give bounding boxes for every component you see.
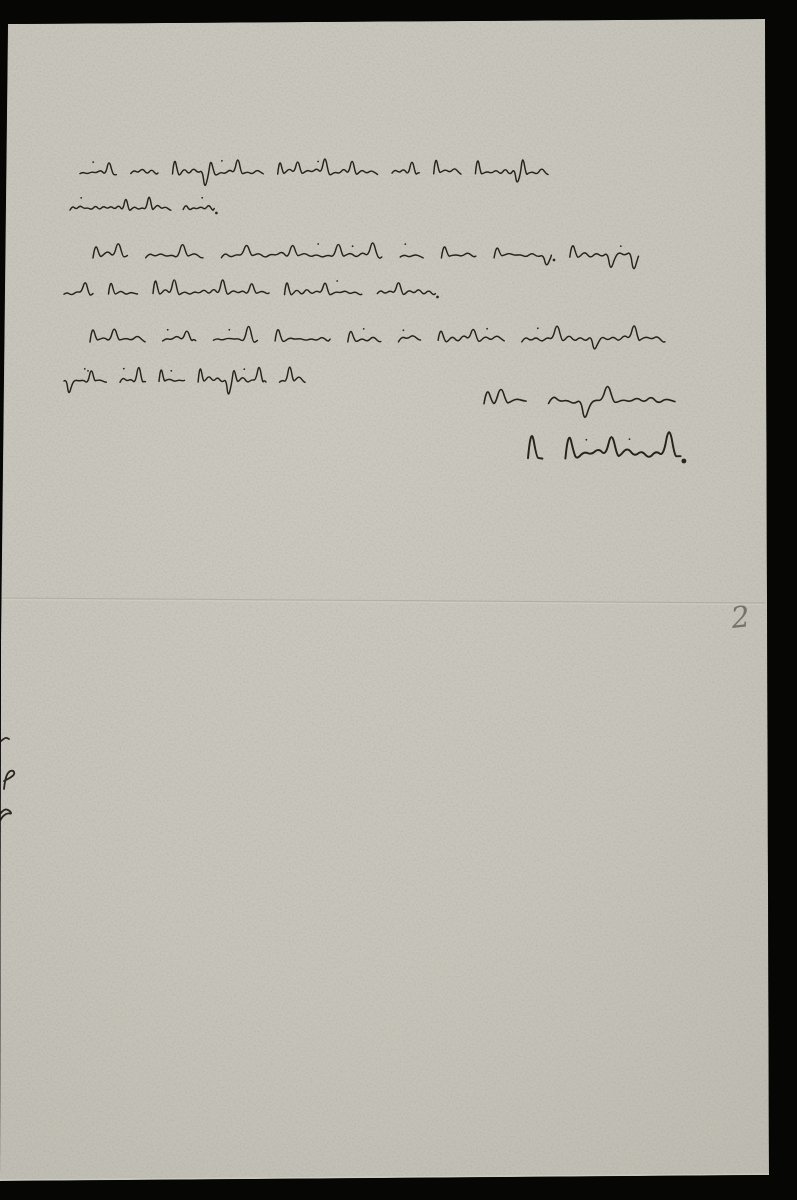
scan-canvas: 2 — [0, 0, 797, 1200]
ink-dot — [228, 329, 230, 331]
ink-dot — [84, 368, 86, 370]
ink-dot — [404, 243, 406, 245]
ink-dot — [317, 161, 319, 163]
ink-dot — [585, 439, 587, 441]
ink-dot — [363, 328, 365, 330]
ink-dot — [336, 280, 338, 282]
ink-dot — [403, 329, 405, 331]
page-number: 2 — [728, 599, 751, 635]
ink-dot — [629, 438, 631, 440]
scanned-letter-page: 2 sich von herzlicher Anteilnahme und de… — [0, 0, 797, 1200]
ink-dot — [537, 327, 539, 329]
ink-dot — [553, 259, 556, 262]
ink-dot — [201, 197, 203, 199]
ink-dot — [167, 329, 169, 331]
ink-dot — [87, 370, 89, 372]
ink-dot — [80, 197, 82, 199]
ink-dot — [486, 328, 488, 330]
ink-dot — [215, 212, 218, 215]
ink-dot — [620, 245, 622, 247]
ink-dot — [317, 243, 319, 245]
ink-dot — [92, 161, 94, 163]
ink-dot — [436, 296, 439, 299]
ink-dot — [681, 459, 686, 464]
ink-dot — [243, 368, 245, 370]
ink-dot — [123, 368, 125, 370]
ink-dot — [221, 160, 223, 162]
ink-dot — [170, 370, 172, 372]
ink-dot — [352, 245, 354, 247]
letter-paper — [0, 0, 797, 1200]
